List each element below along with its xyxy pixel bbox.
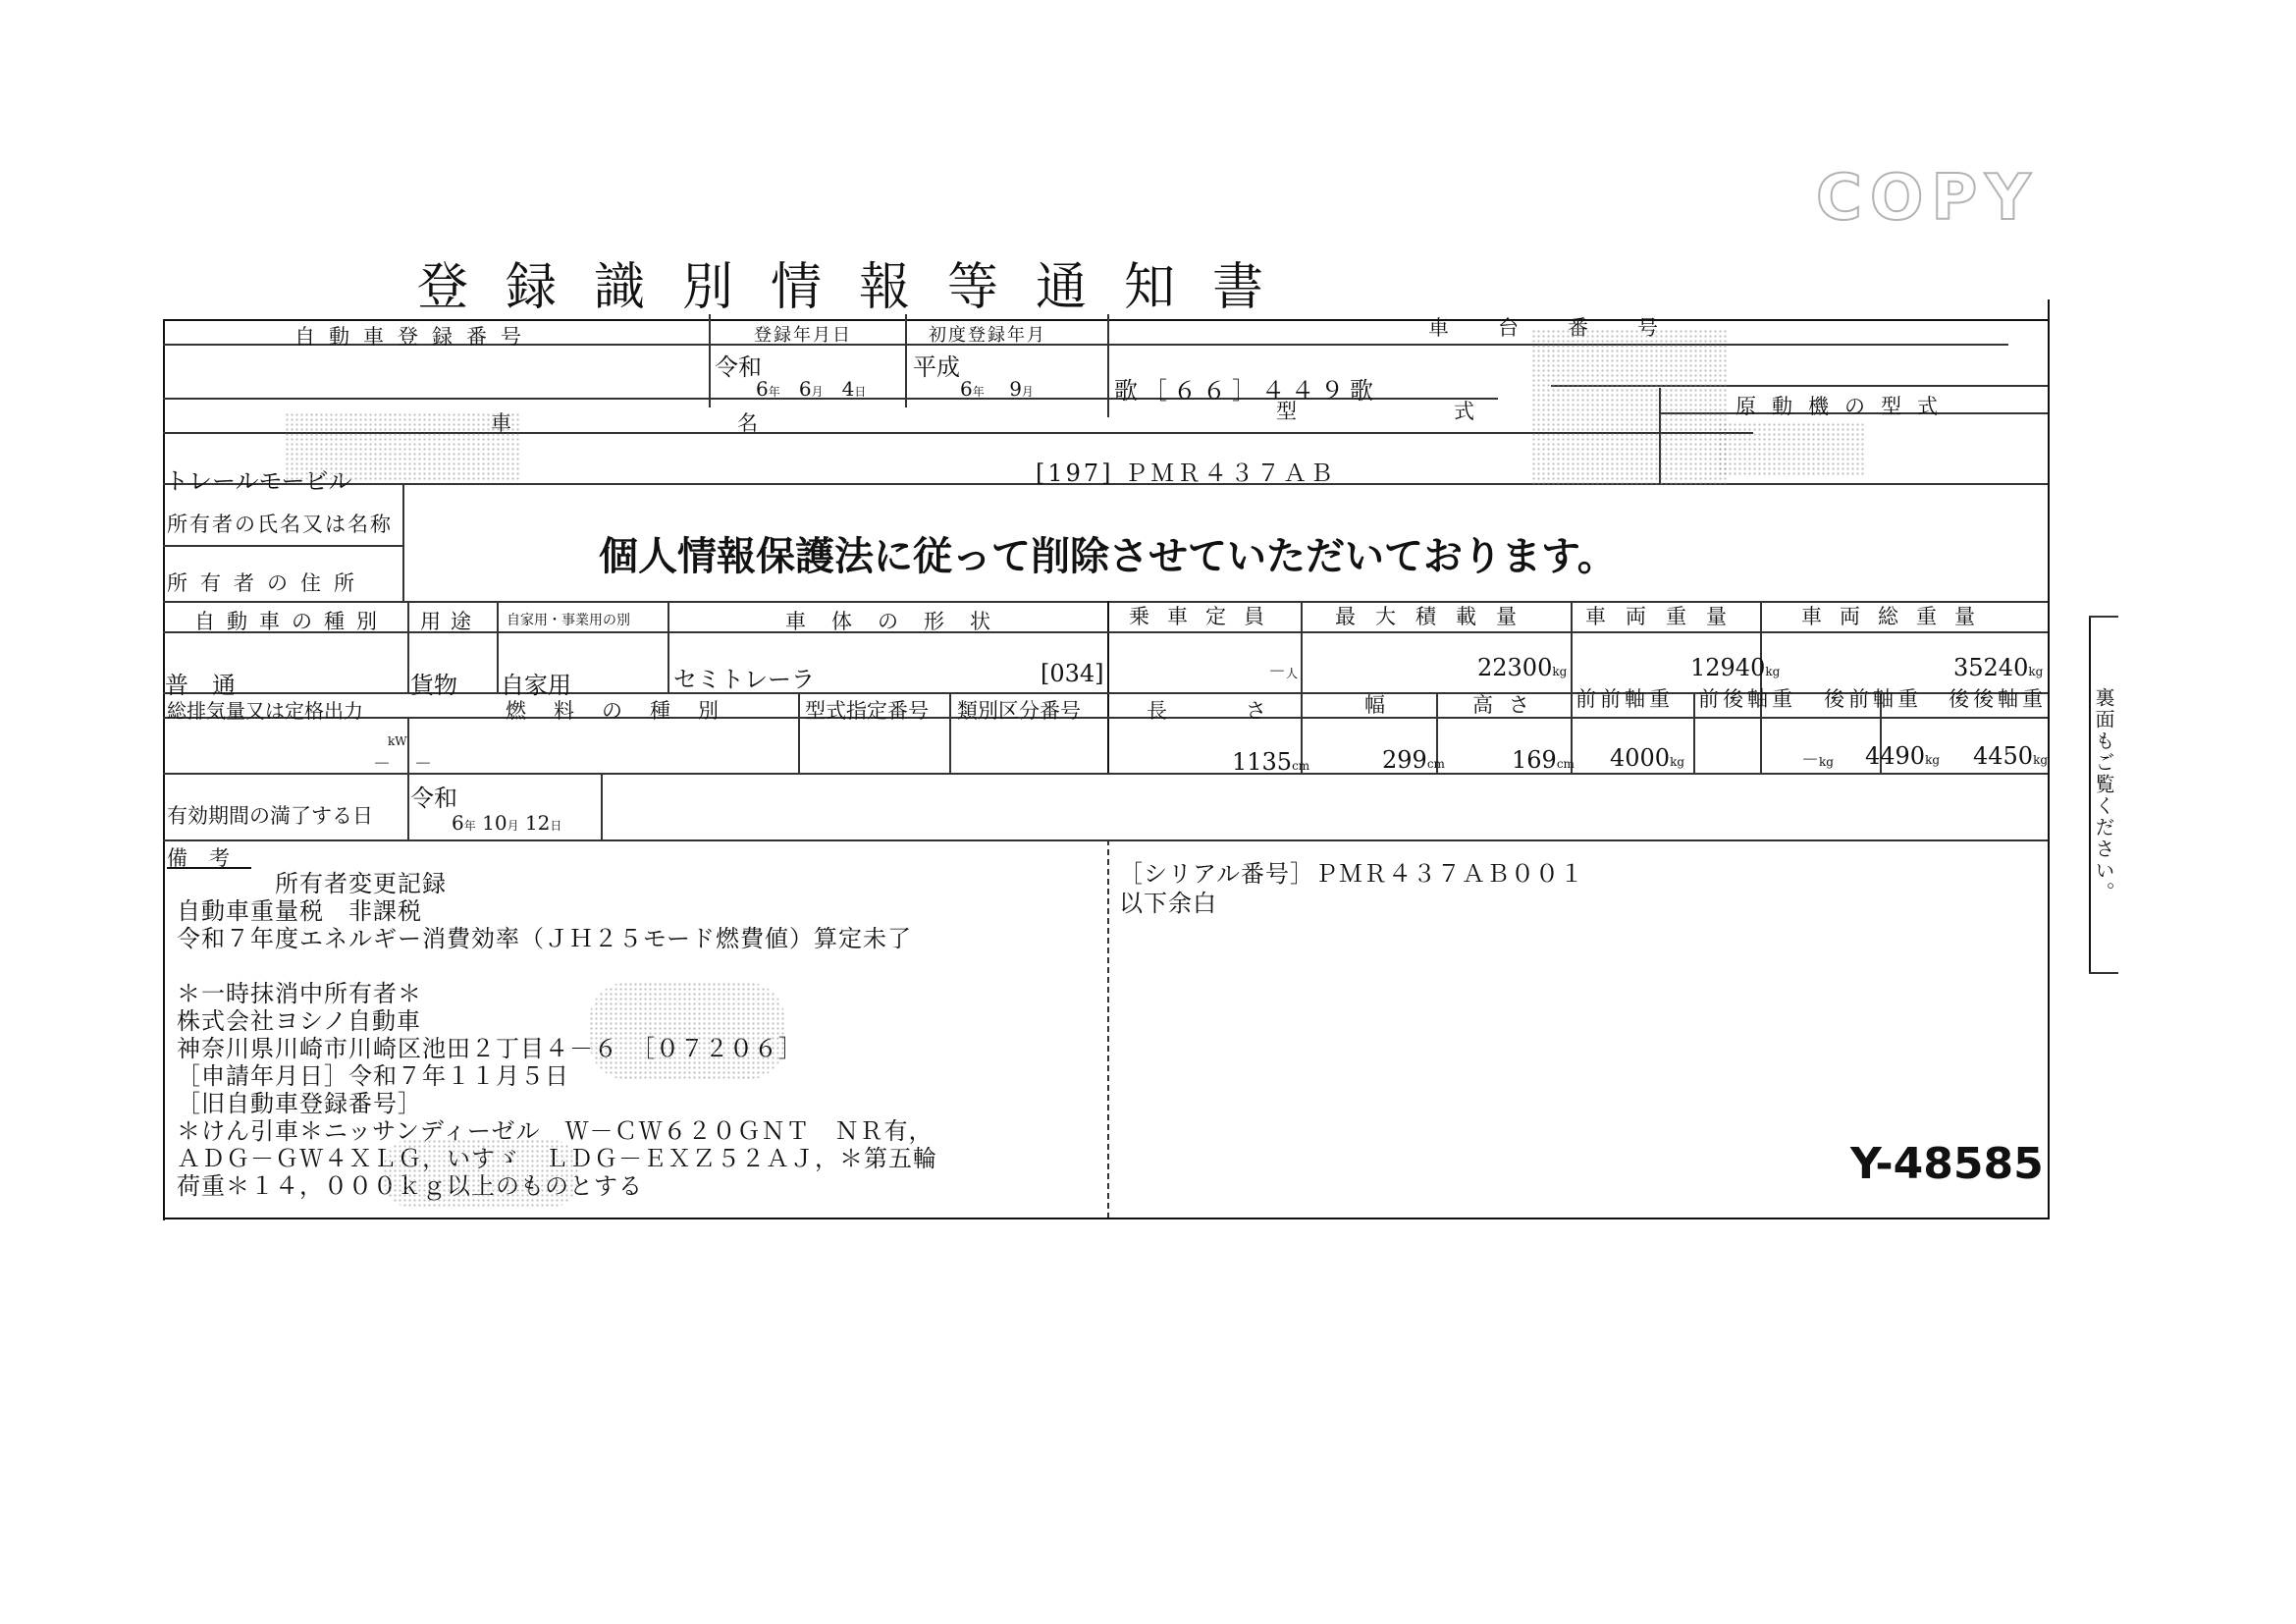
document-title: 登録識別情報等通知書	[417, 245, 1301, 319]
capacity-value: －人	[1268, 658, 1298, 683]
copy-watermark: COPY	[1816, 162, 2039, 235]
vehicle-type-label: 自動車の種別	[194, 606, 389, 635]
rear-rear-axle-value: 4450kg	[1973, 742, 2048, 770]
displacement-value: －	[373, 750, 391, 776]
length-value: 1135cm	[1232, 748, 1309, 776]
reference-number: Y-48585	[1850, 1139, 2044, 1189]
vehicle-weight-value: 12940kg	[1690, 654, 1780, 681]
height-label: 高さ	[1472, 689, 1545, 719]
max-load-value: 22300kg	[1477, 654, 1567, 681]
end-mark: 以下余白	[1119, 884, 1217, 918]
front-rear-axle-label: 前後軸重	[1698, 683, 1796, 713]
type-designation-label: 型式指定番号	[805, 695, 929, 725]
redacted-stamp	[589, 982, 785, 1080]
fuel-type-label: 燃料の種別	[506, 695, 746, 725]
gross-weight-label: 車両総重量	[1801, 601, 1993, 630]
registration-date-era: 令和	[715, 348, 762, 382]
body-shape-value: セミトレーラ	[673, 660, 815, 694]
redacted-car-name	[285, 412, 520, 481]
first-registration-era: 平成	[913, 348, 960, 382]
registration-number-label: 自動車登録番号	[294, 321, 535, 351]
capacity-label: 乗車定員	[1129, 601, 1282, 630]
front-rear-axle-value: －kg	[1801, 746, 1834, 772]
private-business-label: 自家用・事業用の別	[507, 610, 630, 629]
model-label: 型式	[1276, 396, 1631, 425]
displacement-unit: kW	[388, 734, 407, 748]
rear-front-axle-label: 後前軸重	[1824, 683, 1922, 713]
privacy-notice: 個人情報保護法に従って削除させていただいております。	[599, 525, 1617, 581]
usage-label: 用途	[420, 606, 481, 635]
rear-front-axle-value: 4490kg	[1865, 742, 1940, 770]
category-number-label: 類別区分番号	[957, 695, 1081, 725]
rear-rear-axle-label: 後後軸重	[1949, 683, 2047, 713]
first-registration-date: 6年 9月	[960, 377, 1034, 401]
owner-name-label: 所有者の氏名又は名称	[167, 509, 393, 538]
registration-date-label: 登録年月日	[754, 321, 852, 347]
front-front-axle-value: 4000kg	[1610, 744, 1684, 772]
redacted-stamp	[383, 1139, 579, 1208]
registration-date: 6年 6月 4日	[756, 377, 866, 401]
expiry-date: 6年 10月 12日	[452, 811, 561, 835]
first-registration-label: 初度登録年月	[929, 321, 1046, 347]
owner-address-label: 所有者の住所	[167, 568, 367, 597]
body-shape-code: [034]	[1041, 660, 1104, 687]
engine-model-label: 原動機の型式	[1735, 391, 1953, 420]
redacted-engine-model	[1718, 422, 1865, 476]
height-value: 169cm	[1512, 746, 1575, 774]
vehicle-weight-label: 車両重量	[1585, 601, 1746, 630]
length-label: 長さ	[1147, 695, 1345, 725]
displacement-label: 総排気量又は定格出力	[167, 695, 363, 724]
model-value: [197] ＰＭＲ４３７ＡＢ	[1036, 454, 1336, 488]
expiry-label: 有効期間の満了する日	[167, 800, 373, 830]
usage-value: 貨物	[410, 666, 457, 700]
car-name-label: 車名	[491, 407, 984, 437]
max-load-label: 最大積載量	[1335, 601, 1536, 630]
expiry-era: 令和	[410, 779, 457, 813]
body-shape-label: 車体の形状	[785, 606, 1016, 635]
fuel-type-value: －	[414, 750, 432, 776]
width-label: 幅	[1364, 689, 1399, 719]
remark-line: 令和７年度エネルギー消費効率（ＪＨ２５モード燃費値）算定未了	[177, 919, 912, 953]
front-front-axle-label: 前前軸重	[1575, 683, 1674, 713]
gross-weight-value: 35240kg	[1953, 654, 2043, 681]
side-note: 裏面もご覧ください。	[2089, 687, 2118, 903]
width-value: 299cm	[1382, 746, 1445, 774]
